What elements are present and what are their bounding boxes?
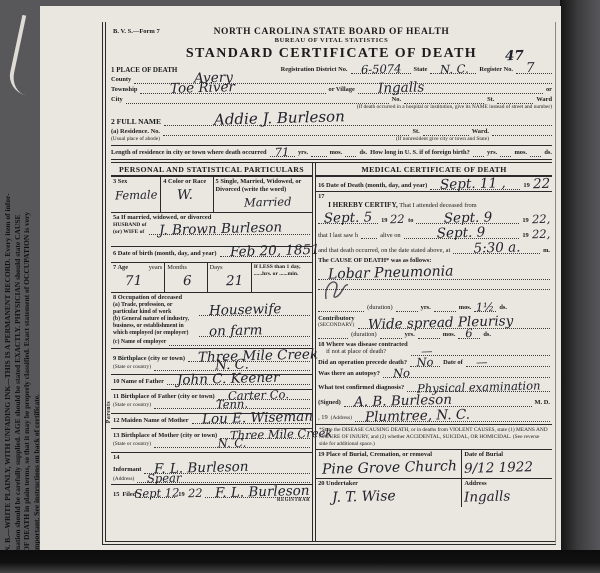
physician-address-label: (Address) — [331, 416, 352, 422]
foreign-ds-field — [530, 148, 541, 157]
street-label: St. — [487, 96, 494, 104]
age-years-cell: 7 Age years 71 — [111, 263, 165, 292]
street-field — [497, 95, 533, 104]
dob-field: Feb 20, 1851 — [220, 248, 311, 257]
registration-district-field: 6-5074 — [351, 65, 411, 74]
death-occurred-label: and that death occurred, on the date sta… — [318, 247, 450, 255]
burial-row: 19 Place of Burial, Cremation, or remova… — [316, 449, 552, 479]
q18-label-line2: if not at place of death? — [318, 348, 408, 356]
birthplace-label: 9 Birthplace (city or town) — [113, 355, 185, 363]
city-row: City No. St. Ward — [111, 95, 552, 104]
undertaker-label: 20 Undertaker — [318, 480, 459, 488]
certify-block: 17 I HEREBY CERTIFY, That I attended dec… — [316, 192, 552, 255]
township-field: Toe River — [140, 85, 325, 94]
full-name-label: 2 FULL NAME — [111, 117, 161, 126]
registration-district-value: 6-5074 — [360, 63, 401, 74]
margin-note-line: N. B.—WRITE PLAINLY, WITH UNFADING INK—T… — [3, 10, 13, 552]
certificate-title: STANDARD CERTIFICATE OF DEATH — [111, 46, 552, 62]
scan-dark-edge-bottom — [0, 550, 600, 573]
age-label: 7 Age — [113, 264, 128, 272]
informant-number: 14 — [113, 454, 119, 462]
physician-address-field: Plumtree, N. C. — [355, 409, 550, 422]
duration2-mos-field — [418, 330, 440, 339]
margin-note-line: mation should be carefully supplied. AGE… — [13, 10, 23, 552]
spouse-field: J. Brown Burleson — [149, 223, 310, 235]
autopsy-label: Was there an autopsy? — [318, 370, 380, 378]
occupation-c-label: (c) Name of employer — [113, 339, 166, 346]
contributory-row: Contributory (SECONDARY) Wide spread Ple… — [316, 313, 552, 329]
certify-number: 17 — [318, 193, 550, 201]
residence-st-field — [423, 127, 469, 136]
occupation-b-label: (b) General nature of industry, business… — [113, 316, 196, 337]
date-of-death-block: 16 Date of Death (month, day, and year) … — [316, 177, 552, 192]
mother-birthplace-block: 13 Birthplace of Mother (city or town) T… — [111, 429, 312, 453]
last-saw-label: that I last saw h — [318, 232, 358, 240]
physician-signature: A. B. Burleson — [354, 394, 452, 409]
street-no-field — [404, 95, 484, 104]
wife-of-label: (or) WIFE of — [113, 229, 146, 236]
address-year-printed: , 19 — [318, 414, 328, 422]
county-label: County — [111, 76, 131, 84]
attended-to-value: Sept. 9 — [443, 212, 492, 225]
operation-date-field: — — [466, 358, 550, 367]
contributory-field: Wide spread Pleurisy — [358, 316, 550, 329]
burial-place-cell: 19 Place of Burial, Cremation, or remova… — [316, 450, 462, 478]
marital-label: 5 Single, Married, Widowed, or Divorced … — [216, 178, 311, 193]
residence-years-field: 71 — [270, 148, 295, 157]
signed-label: (Signed) — [318, 399, 341, 407]
certificate-columns: PERSONAL AND STATISTICAL PARTICULARS 3 S… — [111, 159, 552, 541]
duration1-lead-field — [318, 303, 364, 312]
residence-st-label: St. — [412, 128, 419, 136]
to-year-value: 22, — [532, 214, 551, 225]
residence-years-value: 71 — [275, 146, 290, 157]
duration2-ds-label: ds. — [483, 331, 491, 339]
father-name-label: 10 Name of Father — [113, 378, 164, 386]
duration1-mos-field — [434, 303, 456, 312]
village-value: Ingalls — [378, 81, 425, 94]
mother-birthplace-state-field: N. C. — [154, 439, 310, 448]
ds-label: ds. — [359, 149, 367, 157]
spouse-value: J. Brown Burleson — [159, 222, 282, 237]
scan-dark-edge-right — [560, 0, 600, 573]
physician-address-value: Plumtree, N. C. — [365, 409, 470, 424]
date-of-death-value: Sept. 11 , — [440, 177, 506, 191]
md-label: M. D. — [535, 399, 550, 407]
to-label: to — [408, 217, 413, 225]
foreign-mos-label: mos. — [514, 149, 527, 157]
register-no-label: Register No. — [479, 66, 513, 74]
registrar-signature-field: F. L. Burleson — [205, 486, 310, 498]
occupation-a-label: (a) Trade, profession, or particular kin… — [113, 302, 196, 316]
husband-of-label: HUSBAND of — [113, 222, 146, 229]
duration2-mos-label: mos. — [443, 331, 456, 339]
village-label: or Village — [329, 86, 355, 94]
residence-length-row: Length of residence in city or town wher… — [111, 145, 552, 157]
township-label: Township — [111, 86, 137, 94]
race-label: 4 Color or Race — [163, 178, 210, 186]
sex-value: Female — [115, 189, 158, 200]
village-field: Ingalls — [358, 85, 543, 94]
sex-cell: 3 Sex Female — [111, 177, 161, 212]
duration1-row: (duration) yrs. mos. 1½ ds. — [316, 291, 552, 312]
certify-rest-text: That I attended deceased from — [399, 202, 476, 209]
yrs-label: yrs. — [298, 149, 308, 157]
duration1-label: (duration) — [367, 304, 393, 312]
cause-footnote: *State the DISEASE CAUSING DEATH, or in … — [316, 424, 552, 449]
filed-date-value: Sept 12 — [135, 487, 180, 499]
margin-note-line: OF DEATH in plain terms, so that it may … — [22, 10, 32, 552]
date-of-death-field: Sept. 11 , — [430, 178, 520, 190]
contributory-value: Wide spread Pleurisy — [368, 315, 514, 331]
township-row: Township Toe River or Village Ingalls or — [111, 85, 552, 94]
register-no-value: 7 — [526, 62, 535, 74]
dob-label: 6 Date of birth (month, day, and year) — [113, 250, 217, 258]
left-margin-instructions: N. B.—WRITE PLAINLY, WITH UNFADING INK—T… — [3, 10, 41, 552]
personal-column: PERSONAL AND STATISTICAL PARTICULARS 3 S… — [111, 163, 316, 541]
age-years-value: 71 — [125, 275, 142, 288]
death-time-value: 5:30 a. — [473, 242, 520, 255]
date-of-death-label: 16 Date of Death (month, day, and year) — [318, 182, 427, 190]
duration2-ds-field: 6 — [458, 330, 480, 339]
test-confirmed-label: What test confirmed diagnosis? — [318, 384, 404, 392]
undertaker-address-label: Address — [464, 480, 550, 488]
duration2-ds-value: 6 — [466, 328, 474, 339]
age-months-value: 6 — [183, 275, 192, 287]
hospital-note: (If death occurred in a hospital or inst… — [357, 105, 552, 111]
undertaker-row: 20 Undertaker J. T. Wise Address Ingalls — [316, 479, 552, 507]
residence-no-field — [163, 127, 409, 136]
dob-value: Feb 20, 1851 — [229, 244, 319, 258]
age-less-cell: If LESS than 1 day, ......hrs. or ......… — [252, 263, 312, 292]
age-days-value: 21 — [225, 275, 242, 288]
informant-label: Informant — [113, 466, 141, 474]
age-days-cell: Days 21 — [208, 263, 252, 292]
board-title: NORTH CAROLINA STATE BOARD OF HEALTH — [111, 24, 552, 37]
alive-on-value: Sept. 9 — [437, 227, 486, 240]
undertaker-address-value: Ingalls — [464, 490, 511, 503]
duration1-mos-label: mos. — [459, 304, 472, 312]
age-less-label: If LESS than 1 day, ......hrs. or ......… — [254, 264, 310, 277]
occupation-a-value: Housewife — [209, 303, 282, 317]
last-saw-pronoun-field — [361, 230, 377, 239]
autopsy-field: No — [383, 369, 550, 378]
register-no-field: 7 — [516, 65, 552, 74]
street-no-label: No. — [392, 96, 401, 104]
death-time-field: 5:30 a. — [453, 242, 540, 254]
test-confirmed-field: Physical examination — [407, 380, 550, 392]
occupation-c-field — [169, 337, 310, 346]
or-label: or — [546, 86, 552, 94]
residence-mos-field — [311, 148, 327, 157]
foreign-yrs-field — [473, 148, 484, 157]
place-of-death-row: 1 PLACE OF DEATH Registration District N… — [111, 65, 552, 74]
race-cell: 4 Color or Race W. — [161, 177, 213, 212]
burial-date-cell: Date of Burial 9/12 1922 — [462, 450, 552, 478]
personal-section-title: PERSONAL AND STATISTICAL PARTICULARS — [111, 163, 312, 177]
dod-year-printed: 19 — [523, 182, 529, 190]
form-code: B. V. S.—Form 7 — [113, 28, 160, 35]
registrar-signature: F. L. Burleson — [215, 485, 310, 500]
to-year-printed: 19 — [522, 217, 528, 225]
form-header: B. V. S.—Form 7 NORTH CAROLINA STATE BOA… — [111, 24, 552, 62]
state-field: N. C. — [430, 65, 476, 74]
foreign-mos-field — [500, 148, 511, 157]
residence-notes-row: (Usual place of abode) (If nonresident g… — [111, 137, 552, 143]
residence-ward-label: Ward. — [472, 128, 489, 136]
alive-year-printed: 19 — [522, 232, 528, 240]
abode-note: (Usual place of abode) — [111, 137, 160, 143]
informant-address-label: (Address) — [113, 477, 134, 483]
undertaker-address-cell: Address Ingalls — [462, 479, 552, 507]
city-field — [126, 95, 389, 104]
mother-birthplace-label: 13 Birthplace of Mother (city or town) — [113, 432, 217, 440]
age-years-label: years — [149, 264, 162, 272]
duration1-yrs-field — [396, 303, 418, 312]
burial-place-value: Pine Grove Church — [322, 460, 457, 476]
secondary-label: (SECONDARY) — [318, 323, 355, 329]
duration2-lead-field — [318, 330, 348, 339]
occupation-a-field: Housewife — [199, 304, 310, 316]
undertaker-value: J. T. Wise — [332, 490, 396, 504]
full-name-field: Addie J. Burleson — [164, 113, 552, 126]
mother-birthplace-state-value: N. C. — [218, 438, 247, 449]
registration-district-label: Registration District No. — [281, 66, 348, 74]
certificate-form: B. V. S.—Form 7 NORTH CAROLINA STATE BOA… — [102, 22, 556, 545]
operation-date-value: — — [476, 357, 488, 368]
alive-year-value: 22, — [532, 229, 551, 240]
ward-label: Ward — [536, 96, 552, 104]
marital-cell: 5 Single, Married, Widowed, or Divorced … — [214, 177, 313, 212]
time-m-label: m. — [543, 247, 550, 255]
residence-row: (a) Residence. No. St. Ward. — [111, 127, 552, 136]
sex-race-marital-row: 3 Sex Female 4 Color or Race W. 5 Single… — [111, 177, 312, 213]
age-months-cell: Months 6 — [165, 263, 207, 292]
duration1-yrs-label: yrs. — [421, 304, 431, 312]
sex-label: 3 Sex — [113, 178, 158, 186]
informant-address-value: Spear — [147, 472, 182, 483]
residence-ward-field — [492, 127, 552, 136]
operation-field: No — [410, 358, 440, 367]
filed-date-field: Sept 12 — [139, 489, 175, 498]
father-birthplace-state-value: Tenn. — [216, 398, 248, 409]
foreign-yrs-label: yrs. — [487, 149, 497, 157]
duration1-ds-field: 1½ — [474, 303, 496, 312]
operation-value: No — [416, 357, 433, 368]
mother-name-label: 12 Maiden Name of Mother — [113, 417, 189, 425]
certify-bold-text: I HEREBY CERTIFY, — [328, 201, 398, 209]
question-18-block: 18 Where was disease contracted if not a… — [316, 339, 552, 422]
race-value: W. — [177, 188, 193, 201]
alive-on-field: Sept. 9 — [404, 227, 520, 239]
marital-value: Married — [243, 197, 291, 209]
duration2-yrs-field — [380, 330, 402, 339]
duration1-ds-label: ds. — [499, 304, 507, 312]
filed-block: 15 Filed Sept 12 1922 F. L. Burleson REG… — [111, 485, 312, 509]
city-label: City — [111, 96, 123, 104]
full-name-row: 2 FULL NAME Addie J. Burleson — [111, 113, 552, 126]
foreign-ds-label: ds. — [544, 149, 552, 157]
nonresident-note: (If nonresident give city or town and St… — [396, 137, 489, 143]
informant-block: 14 Informant F. L. Burleson (Address) Sp… — [111, 453, 312, 485]
place-of-death-label: 1 PLACE OF DEATH — [111, 66, 177, 74]
certificate-paper: B. V. S.—Form 7 NORTH CAROLINA STATE BOA… — [40, 6, 561, 550]
pen-flourish-mark — [322, 277, 356, 303]
father-name-field: John C. Keener — [167, 376, 310, 385]
mother-name-field: Lou E. Wiseman — [192, 415, 310, 424]
filed-number: 15 — [113, 491, 119, 499]
township-value: Toe River — [170, 81, 235, 95]
operation-date-label: Date of — [443, 359, 463, 367]
undertaker-cell: 20 Undertaker J. T. Wise — [316, 479, 462, 507]
residence-length-label: Length of residence in city or town wher… — [111, 149, 267, 157]
filed-year-value: 22 — [188, 488, 203, 499]
duration2-yrs-label: yrs. — [405, 331, 415, 339]
father-birthplace-state-label: (State or country) — [113, 403, 151, 409]
attended-from-value: Sept. 5 — [324, 212, 373, 225]
father-birthplace-state-field: Tenn. — [154, 400, 310, 409]
burial-date-label: Date of Burial — [464, 451, 550, 459]
duration2-row: (duration) yrs. mos. 6 ds. — [316, 330, 552, 339]
state-label: State — [414, 66, 428, 74]
from-year-printed: 19 — [381, 217, 387, 225]
handwritten-certificate-number: 47 — [505, 50, 524, 63]
mother-name-value: Lou E. Wiseman — [201, 411, 312, 426]
age-row: 7 Age years 71 Months 6 Days 21 — [111, 263, 312, 293]
scanned-death-certificate: N. B.—WRITE PLAINLY, WITH UNFADING INK—T… — [0, 0, 600, 573]
father-name-value: John C. Keener — [177, 372, 280, 387]
duration1-ds-value: 1½ — [476, 301, 495, 312]
dob-block: 6 Date of birth (month, day, and year) F… — [111, 247, 312, 263]
father-birthplace-label: 11 Birthplace of Father (city or town) — [113, 393, 215, 401]
foreign-birth-label: How long in U. S. if of foreign birth? — [370, 149, 470, 157]
autopsy-value: No — [393, 368, 410, 379]
age-months-label: Months — [167, 264, 204, 272]
residence-ds-field — [345, 148, 356, 157]
parents-section: Parents 10 Name of Father John C. Keener… — [111, 375, 312, 453]
informant-address-field: Spear — [137, 474, 310, 483]
occupation-block: 8 Occupation of deceased (a) Trade, prof… — [111, 293, 312, 349]
age-days-label: Days — [210, 264, 249, 272]
occupation-b-field: on farm — [199, 325, 310, 337]
occupation-b-value: on farm — [209, 324, 263, 338]
birthplace-state-label: (State or country) — [113, 365, 151, 371]
medical-column: MEDICAL CERTIFICATE OF DEATH 16 Date of … — [316, 163, 552, 541]
alive-on-label: alive on — [380, 232, 400, 240]
attended-to-field: Sept. 9 — [416, 212, 519, 224]
residence-label: (a) Residence. No. — [111, 128, 160, 136]
dod-year-value: 22 — [533, 178, 550, 191]
mother-birthplace-state-label: (State or country) — [113, 442, 151, 448]
from-year-value: 22 — [390, 214, 405, 225]
medical-section-title: MEDICAL CERTIFICATE OF DEATH — [316, 163, 552, 177]
state-value: N. C. — [440, 63, 469, 74]
physician-signature-field: A. B. Burleson — [344, 394, 532, 407]
burial-date-value: 9/12 1922 — [464, 461, 533, 475]
bureau-subtitle: BUREAU OF VITAL STATISTICS — [111, 37, 552, 44]
attended-from-field: Sept. 5 — [318, 212, 378, 224]
mos-label: mos. — [330, 149, 343, 157]
full-name-value: Addie J. Burleson — [214, 111, 345, 128]
q18-label-line1: 18 Where was disease contracted — [318, 341, 408, 349]
